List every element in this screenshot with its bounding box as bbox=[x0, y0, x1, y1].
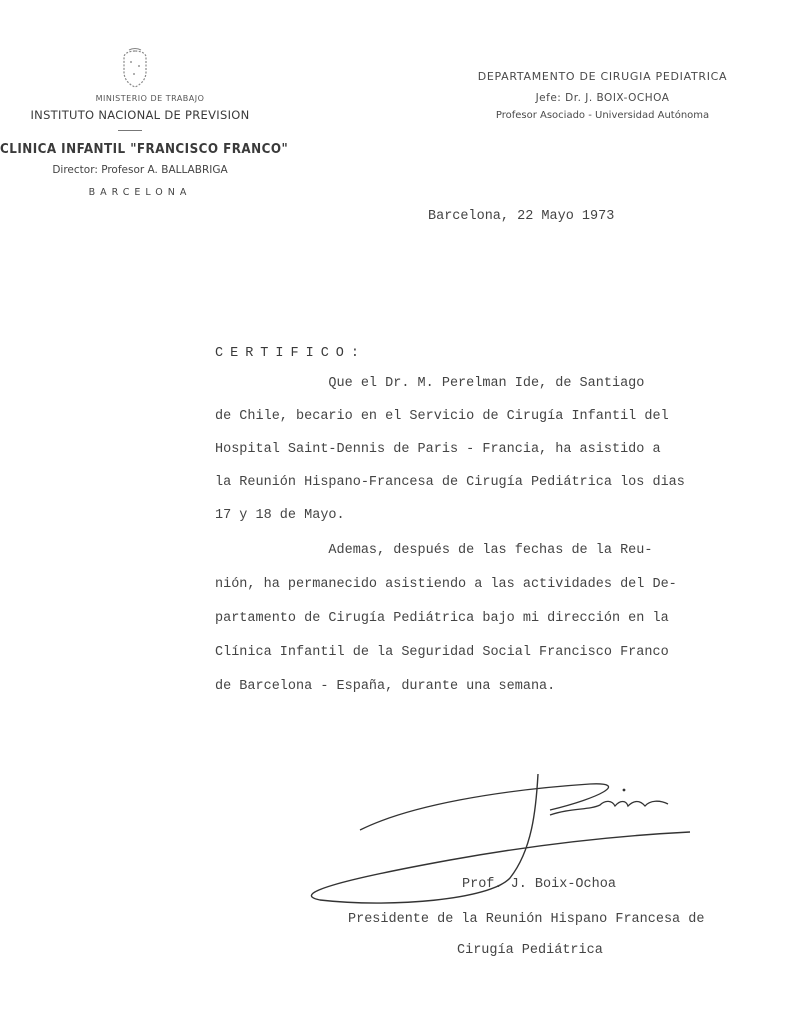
body-line: partamento de Cirugía Pediátrica bajo mi… bbox=[215, 612, 669, 626]
institute-name: INSTITUTO NACIONAL DE PREVISION bbox=[5, 108, 275, 122]
department-affiliation: Profesor Asociado - Universidad Autónoma bbox=[425, 110, 780, 121]
signatory-title-continued: Cirugía Pediátrica bbox=[457, 944, 603, 958]
letter-date: Barcelona, 22 Mayo 1973 bbox=[428, 210, 614, 224]
body-line: la Reunión Hispano-Francesa de Cirugía P… bbox=[215, 476, 685, 490]
letterhead-divider bbox=[118, 130, 142, 131]
signatory-title: Presidente de la Reunión Hispano Frances… bbox=[348, 913, 704, 927]
body-line: 17 y 18 de Mayo. bbox=[215, 509, 345, 523]
certificate-heading: CERTIFICO: bbox=[215, 346, 366, 361]
clinic-name: CLINICA INFANTIL "FRANCISCO FRANCO" bbox=[0, 142, 288, 157]
signatory-name: Prof. J. Boix-Ochoa bbox=[462, 878, 616, 892]
body-line: nión, ha permanecido asistiendo a las ac… bbox=[215, 578, 677, 592]
body-line: Que el Dr. M. Perelman Ide, de Santiago bbox=[215, 377, 644, 391]
body-line: Hospital Saint-Dennis de Paris - Francia… bbox=[215, 443, 661, 457]
body-line: de Barcelona - España, durante una seman… bbox=[215, 680, 555, 694]
clinic-director: Director: Profesor A. BALLABRIGA bbox=[20, 164, 260, 176]
body-line: Clínica Infantil de la Seguridad Social … bbox=[215, 646, 669, 660]
clinic-city: BARCELONA bbox=[70, 187, 210, 198]
body-line: Ademas, después de las fechas de la Reu- bbox=[215, 544, 652, 558]
department-chief: Jefe: Dr. J. BOIX-OCHOA bbox=[425, 92, 780, 104]
coat-of-arms-icon bbox=[118, 48, 152, 90]
ministry-name: MINISTERIO DE TRABAJO bbox=[50, 94, 250, 103]
department-name: DEPARTAMENTO DE CIRUGIA PEDIATRICA bbox=[425, 70, 780, 83]
body-line: de Chile, becario en el Servicio de Ciru… bbox=[215, 410, 669, 424]
